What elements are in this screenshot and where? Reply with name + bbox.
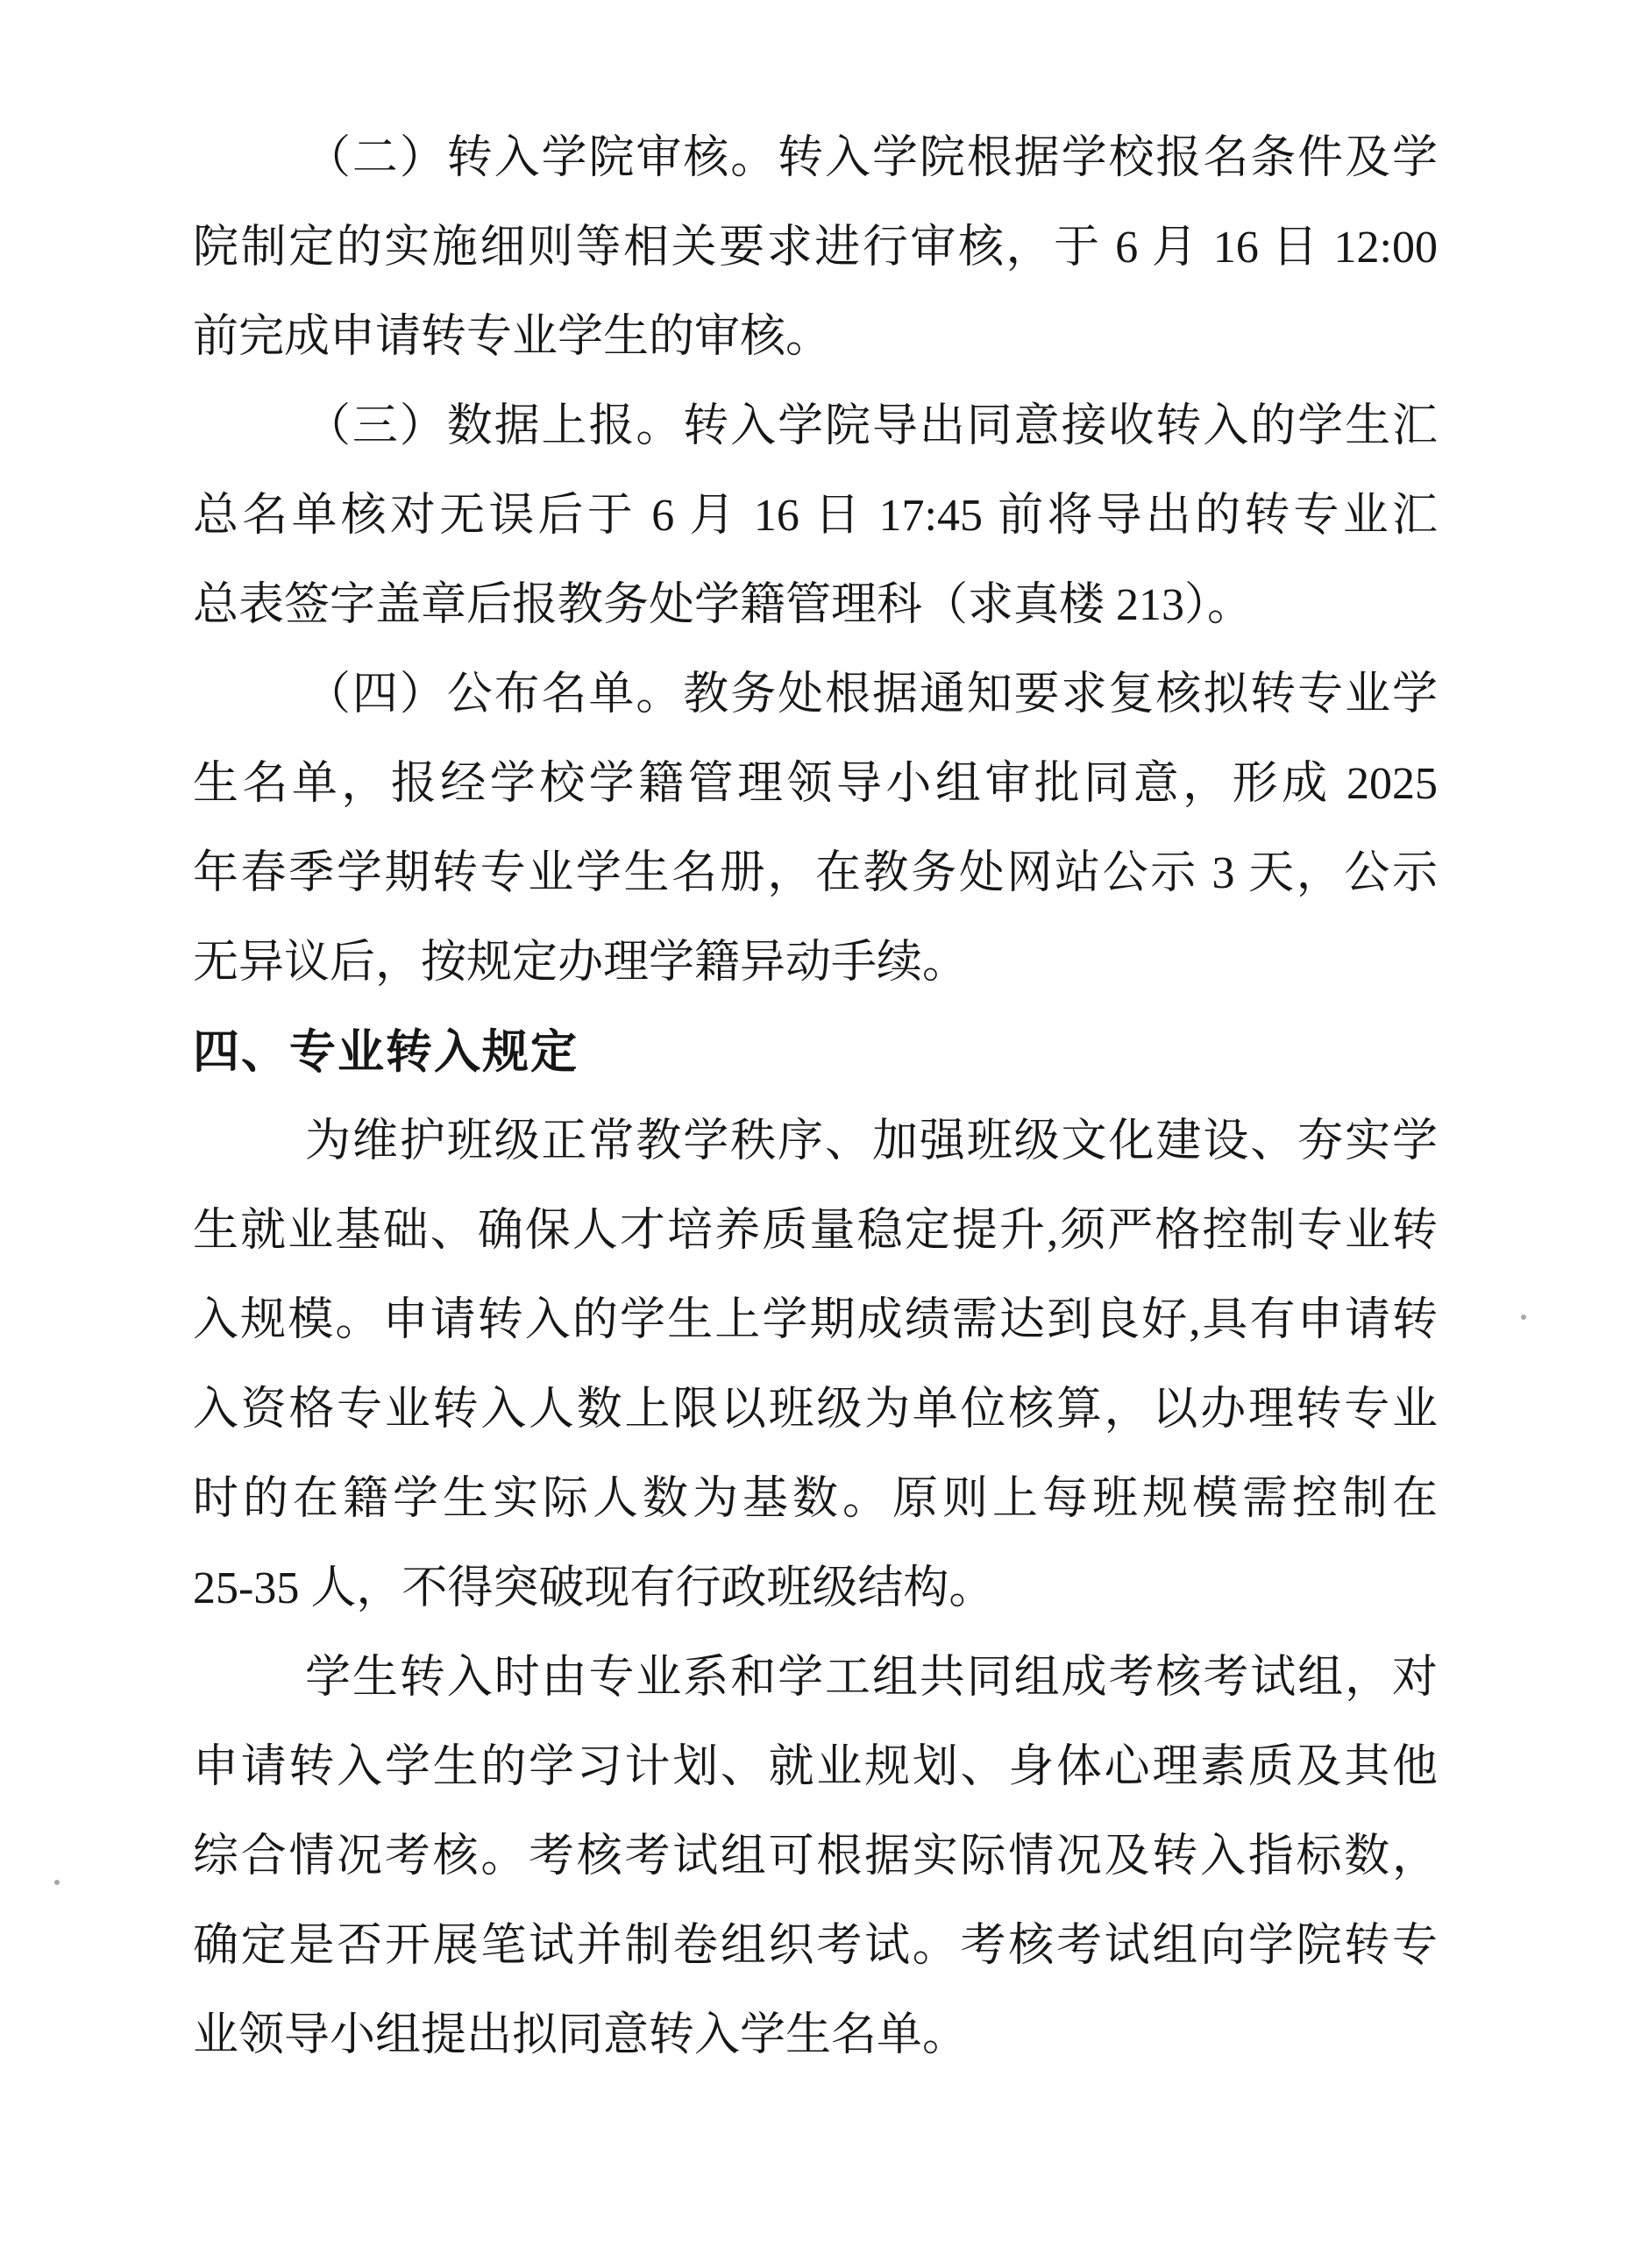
text-line: 申请转入学生的学习计划、就业规划、身体心理素质及其他 [193,1723,1438,1812]
document-page: （二）转入学院审核。转入学院根据学校报名条件及学院制定的实施细则等相关要求进行审… [0,0,1627,2268]
scan-speck [54,1880,60,1885]
text-line: （四）公布名单。教务处根据通知要求复核拟转专业学 [193,650,1438,740]
text-line: 确定是否开展笔试并制卷组织考试。考核考试组向学院转专 [193,1902,1438,1991]
scan-speck [1521,1315,1526,1320]
text-line: 无异议后，按规定办理学籍异动手续。 [193,918,1438,1008]
paragraph: 为维护班级正常教学秩序、加强班级文化建设、夯实学生就业基础、确保人才培养质量稳定… [193,1097,1438,1634]
text-line: 综合情况考核。考核考试组可根据实际情况及转入指标数， [193,1812,1438,1902]
text-line: 四、专业转入规定 [193,1008,1438,1097]
text-line: 院制定的实施细则等相关要求进行审核，于 6 月 16 日 12:00 [193,203,1438,293]
text-line: 入资格专业转入人数上限以班级为单位核算，以办理转专业 [193,1365,1438,1455]
text-line: 学生转入时由专业系和学工组共同组成考核考试组，对 [193,1634,1438,1723]
text-line: 生就业基础、确保人才培养质量稳定提升,须严格控制专业转 [193,1187,1438,1276]
text-line: 生名单，报经学校学籍管理领导小组审批同意，形成 2025 [193,740,1438,829]
text-line: 总名单核对无误后于 6 月 16 日 17:45 前将导出的转专业汇 [193,471,1438,561]
text-line: 为维护班级正常教学秩序、加强班级文化建设、夯实学 [193,1097,1438,1187]
text-line: （二）转入学院审核。转入学院根据学校报名条件及学 [193,114,1438,203]
text-line: 25-35 人，不得突破现有行政班级结构。 [193,1544,1438,1634]
text-line: （三）数据上报。转入学院导出同意接收转入的学生汇 [193,382,1438,471]
paragraph: （四）公布名单。教务处根据通知要求复核拟转专业学生名单，报经学校学籍管理领导小组… [193,650,1438,1008]
text-line: 业领导小组提出拟同意转入学生名单。 [193,1991,1438,2080]
paragraph: （三）数据上报。转入学院导出同意接收转入的学生汇总名单核对无误后于 6 月 16… [193,382,1438,650]
text-line: 时的在籍学生实际人数为基数。原则上每班规模需控制在 [193,1455,1438,1544]
heading: 四、专业转入规定 [193,1008,1438,1097]
text-line: 总表签字盖章后报教务处学籍管理科（求真楼 213）。 [193,561,1438,650]
text-line: 前完成申请转专业学生的审核。 [193,293,1438,382]
paragraph: （二）转入学院审核。转入学院根据学校报名条件及学院制定的实施细则等相关要求进行审… [193,114,1438,382]
paragraph: 学生转入时由专业系和学工组共同组成考核考试组，对申请转入学生的学习计划、就业规划… [193,1634,1438,2080]
document-content: （二）转入学院审核。转入学院根据学校报名条件及学院制定的实施细则等相关要求进行审… [193,114,1438,2080]
text-line: 入规模。申请转入的学生上学期成绩需达到良好,具有申请转 [193,1276,1438,1365]
text-line: 年春季学期转专业学生名册，在教务处网站公示 3 天，公示 [193,829,1438,918]
